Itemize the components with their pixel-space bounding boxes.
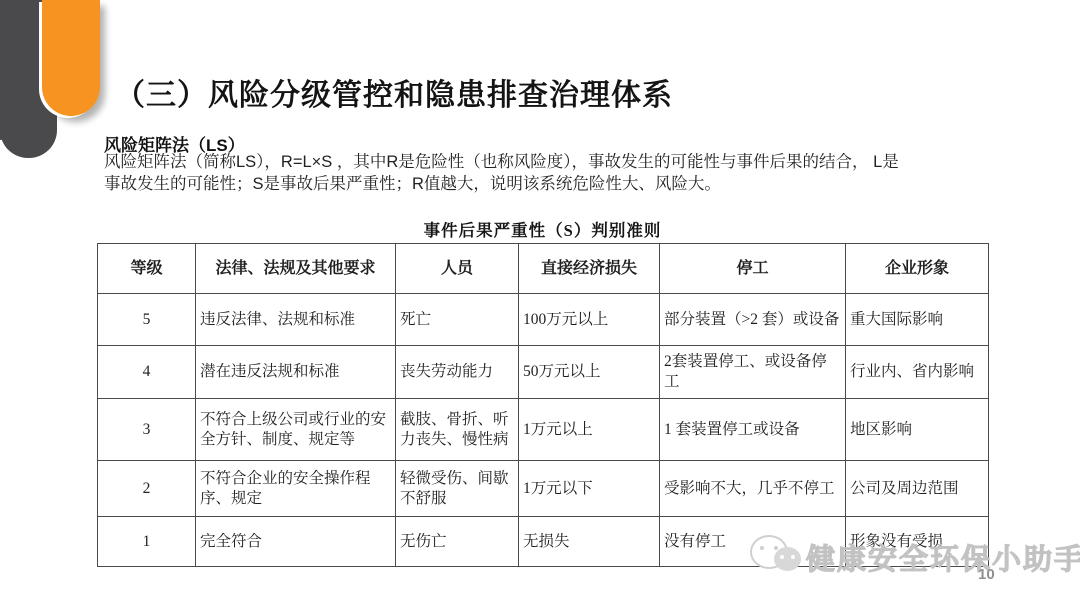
table-cell: 没有停工: [660, 517, 846, 567]
column-header: 等级: [98, 244, 196, 294]
table-cell: 2套装置停工、或设备停工: [660, 346, 846, 399]
table-cell: 1: [98, 517, 196, 567]
table-cell: 100万元以上: [519, 294, 660, 346]
table-row: 3不符合上级公司或行业的安全方针、制度、规定等截肢、骨折、听力丧失、慢性病1万元…: [98, 399, 989, 461]
table-cell: 不符合企业的安全操作程序、规定: [196, 461, 396, 517]
table-cell: 1万元以下: [519, 461, 660, 517]
table-row: 5违反法律、法规和标准死亡100万元以上部分装置（>2 套）或设备重大国际影响: [98, 294, 989, 346]
body-line-2: 事故发生的可能性；S是事故后果严重性；R值越大，说明该系统危险性大、风险大。: [104, 174, 1004, 196]
table-cell: 3: [98, 399, 196, 461]
table-cell: 部分装置（>2 套）或设备: [660, 294, 846, 346]
table-cell: 地区影响: [846, 399, 989, 461]
column-header: 企业形象: [846, 244, 989, 294]
page-title: （三）风险分级管控和隐患排查治理体系: [115, 70, 673, 114]
column-header: 停工: [660, 244, 846, 294]
table-cell: 50万元以上: [519, 346, 660, 399]
table-cell: 违反法律、法规和标准: [196, 294, 396, 346]
body-paragraph: 风险矩阵法（简称LS），R=L×S ，其中R是危险性（也称风险度），事故发生的可…: [104, 152, 1004, 195]
column-header: 直接经济损失: [519, 244, 660, 294]
table-cell: 4: [98, 346, 196, 399]
table-cell: 1 套装置停工或设备: [660, 399, 846, 461]
decorative-pill-orange: [42, 0, 100, 116]
table-header-row: 等级法律、法规及其他要求人员直接经济损失停工企业形象: [98, 244, 989, 294]
slide: （三）风险分级管控和隐患排查治理体系 风险矩阵法（LS） 风险矩阵法（简称LS）…: [0, 0, 1080, 608]
table-cell: 无损失: [519, 517, 660, 567]
table-row: 4潜在违反法规和标准丧失劳动能力50万元以上2套装置停工、或设备停工行业内、省内…: [98, 346, 989, 399]
body-line-1: 风险矩阵法（简称LS），R=L×S ，其中R是危险性（也称风险度），事故发生的可…: [104, 152, 1004, 174]
table-cell: 潜在违反法规和标准: [196, 346, 396, 399]
table-cell: 公司及周边范围: [846, 461, 989, 517]
page-number: 10: [978, 566, 995, 583]
table-cell: 死亡: [396, 294, 519, 346]
table-cell: 轻微受伤、间歇不舒服: [396, 461, 519, 517]
table-cell: 无伤亡: [396, 517, 519, 567]
table-cell: 重大国际影响: [846, 294, 989, 346]
table-cell: 完全符合: [196, 517, 396, 567]
table-cell: 不符合上级公司或行业的安全方针、制度、规定等: [196, 399, 396, 461]
column-header: 法律、法规及其他要求: [196, 244, 396, 294]
table-cell: 截肢、骨折、听力丧失、慢性病: [396, 399, 519, 461]
table-cell: 形象没有受损: [846, 517, 989, 567]
table-row: 2不符合企业的安全操作程序、规定轻微受伤、间歇不舒服1万元以下受影响不大，几乎不…: [98, 461, 989, 517]
column-header: 人员: [396, 244, 519, 294]
table-row: 1完全符合无伤亡无损失没有停工形象没有受损: [98, 517, 989, 567]
table-cell: 行业内、省内影响: [846, 346, 989, 399]
table-cell: 1万元以上: [519, 399, 660, 461]
table-cell: 丧失劳动能力: [396, 346, 519, 399]
table-title: 事件后果严重性（S）判别准则: [97, 217, 988, 241]
table-cell: 受影响不大，几乎不停工: [660, 461, 846, 517]
table-body: 5违反法律、法规和标准死亡100万元以上部分装置（>2 套）或设备重大国际影响4…: [98, 294, 989, 567]
table-cell: 2: [98, 461, 196, 517]
severity-criteria-table: 等级法律、法规及其他要求人员直接经济损失停工企业形象 5违反法律、法规和标准死亡…: [97, 243, 989, 567]
table-cell: 5: [98, 294, 196, 346]
